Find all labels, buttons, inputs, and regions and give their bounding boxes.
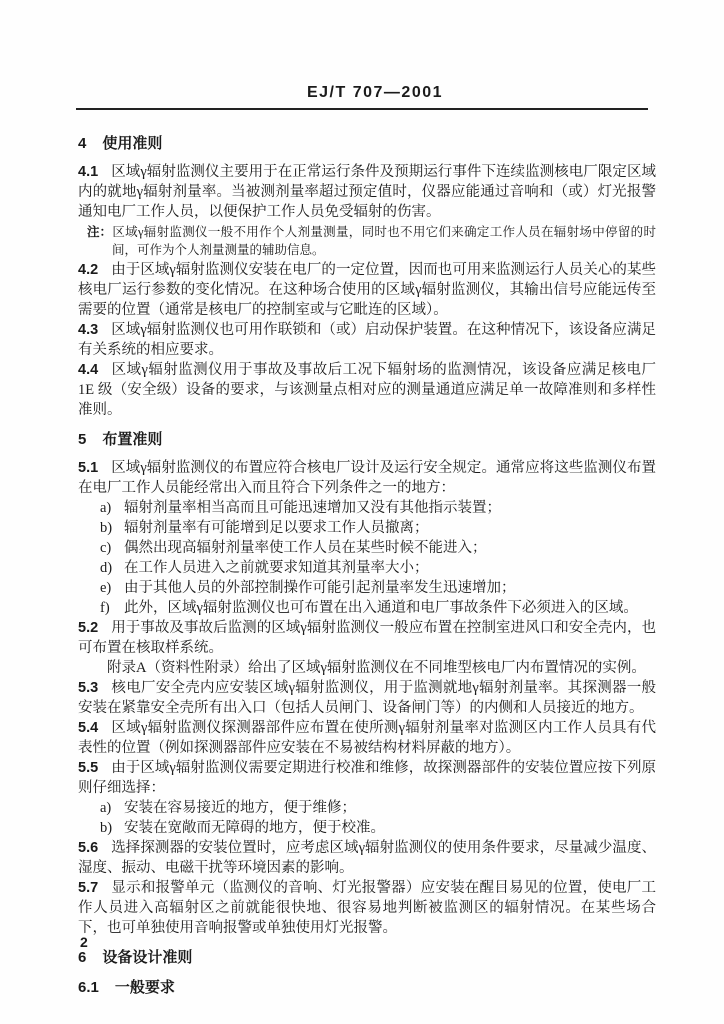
document-body: 4使用准则 4.1区域γ辐射监测仪主要用于在正常运行条件及预期运行事件下连续监测… — [78, 124, 656, 1006]
list-item-5-1-b: b)辐射剂量率有可能增到足以要求工作人员撤离； — [100, 518, 656, 538]
standard-code-header: EJ/T 707—2001 — [0, 84, 724, 102]
clause-text: 区域γ辐射监测仪也可用作联锁和（或）启动保护装置。在这种情况下，该设备应满足有关… — [78, 322, 656, 358]
list-item-text: 在工作人员进入之前就要求知道其剂量率大小； — [124, 560, 429, 576]
subsection-number: 6.1 — [78, 979, 99, 996]
list-item-5-5-a: a)安装在容易接近的地方，便于维修； — [100, 798, 656, 818]
section-heading-4: 4使用准则 — [78, 134, 656, 154]
section-heading-6: 6设备设计准则 — [78, 948, 656, 968]
list-item-5-1-e: e)由于其他人员的外部控制操作可能引起剂量率发生迅速增加； — [100, 578, 656, 598]
list-item-label: b) — [100, 818, 124, 838]
section-title: 使用准则 — [102, 135, 162, 152]
list-item-text: 偶然出现高辐射剂量率使工作人员在某些时候不能进入； — [124, 540, 487, 556]
list-item-text: 此外，区域γ辐射监测仪也可布置在出入通道和电厂事故条件下必须进入的区域。 — [124, 600, 638, 616]
list-item-5-1-d: d)在工作人员进入之前就要求知道其剂量率大小； — [100, 558, 656, 578]
document-page: EJ/T 707—2001 4使用准则 4.1区域γ辐射监测仪主要用于在正常运行… — [0, 0, 724, 1024]
clause-4-1: 4.1区域γ辐射监测仪主要用于在正常运行条件及预期运行事件下连续监测核电厂限定区… — [78, 162, 656, 222]
list-item-label: c) — [100, 538, 124, 558]
note-4-1: 注：区域γ辐射监测仪一般不用作个人剂量测量，同时也不用它们来确定工作人员在辐射场… — [78, 223, 656, 259]
note-text: 区域γ辐射监测仪一般不用作个人剂量测量，同时也不用它们来确定工作人员在辐射场中停… — [112, 225, 656, 257]
clause-5-3: 5.3核电厂安全壳内应安装区域γ辐射监测仪，用于监测就地γ辐射剂量率。其探测器一… — [78, 678, 656, 718]
list-item-label: a) — [100, 498, 124, 518]
clause-text: 由于区域γ辐射监测仪需要定期进行校准和维修，故探测器部件的安装位置应按下列原则仔… — [78, 760, 656, 796]
list-item-5-5-b: b)安装在宽敞而无障碍的地方，便于校准。 — [100, 818, 656, 838]
list-item-5-1-f: f)此外，区域γ辐射监测仪也可布置在出入通道和电厂事故条件下必须进入的区域。 — [100, 598, 656, 618]
section-number: 4 — [78, 135, 86, 152]
clause-text: 区域γ辐射监测仪主要用于在正常运行条件及预期运行事件下连续监测核电厂限定区域内的… — [78, 164, 656, 220]
list-item-text: 安装在宽敞而无障碍的地方，便于校准。 — [124, 820, 385, 836]
section-number: 5 — [78, 431, 86, 448]
clause-text: 选择探测器的安装位置时，应考虑区域γ辐射监测仪的使用条件要求，尽量减少温度、湿度… — [78, 840, 656, 876]
list-item-text: 辐射剂量率有可能增到足以要求工作人员撤离； — [124, 520, 429, 536]
clause-4-2: 4.2由于区域γ辐射监测仪安装在电厂的一定位置，因而也可用来监测运行人员关心的某… — [78, 260, 656, 320]
list-item-label: b) — [100, 518, 124, 538]
header-rule — [76, 108, 648, 110]
list-item-label: f) — [100, 598, 124, 618]
section-title: 设备设计准则 — [102, 949, 192, 966]
clause-number: 5.7 — [78, 880, 98, 896]
list-item-text: 安装在容易接近的地方，便于维修； — [124, 800, 356, 816]
clause-number: 5.6 — [78, 840, 98, 856]
list-item-text: 辐射剂量率相当高而且可能迅速增加又没有其他指示装置； — [124, 500, 501, 516]
clause-number: 4.2 — [78, 262, 98, 278]
appendix-reference-paragraph: 附录A（资料性附录）给出了区域γ辐射监测仪在不同堆型核电厂内布置情况的实例。 — [78, 658, 656, 678]
clause-number: 4.3 — [78, 322, 98, 338]
clause-text: 区域γ辐射监测仪探测器部件应布置在使所测γ辐射剂量率对监测区内工作人员具有代表性… — [78, 720, 656, 756]
clause-5-5: 5.5由于区域γ辐射监测仪需要定期进行校准和维修，故探测器部件的安装位置应按下列… — [78, 758, 656, 798]
section-heading-5: 5布置准则 — [78, 430, 656, 450]
clause-4-4: 4.4区域γ辐射监测仪用于事故及事故后工况下辐射场的监测情况，该设备应满足核电厂… — [78, 360, 656, 420]
clause-number: 5.5 — [78, 760, 98, 776]
clause-4-3: 4.3区域γ辐射监测仪也可用作联锁和（或）启动保护装置。在这种情况下，该设备应满… — [78, 320, 656, 360]
clause-text: 区域γ辐射监测仪用于事故及事故后工况下辐射场的监测情况，该设备应满足核电厂 1E… — [78, 362, 656, 418]
note-label: 注： — [87, 223, 112, 241]
list-item-text: 由于其他人员的外部控制操作可能引起剂量率发生迅速增加； — [124, 580, 516, 596]
clause-text: 显示和报警单元（监测仪的音响、灯光报警器）应安装在醒目易见的位置，使电厂工作人员… — [78, 880, 656, 936]
clause-number: 5.3 — [78, 680, 98, 696]
clause-number: 4.4 — [78, 362, 98, 378]
list-item-5-1-a: a)辐射剂量率相当高而且可能迅速增加又没有其他指示装置； — [100, 498, 656, 518]
clause-text: 核电厂安全壳内应安装区域γ辐射监测仪，用于监测就地γ辐射剂量率。其探测器一般安装… — [78, 680, 656, 716]
clause-5-1: 5.1区域γ辐射监测仪的布置应符合核电厂设计及运行安全规定。通常应将这些监测仪布… — [78, 458, 656, 498]
list-item-label: a) — [100, 798, 124, 818]
subsection-title: 一般要求 — [115, 979, 175, 996]
list-item-label: d) — [100, 558, 124, 578]
clause-5-7: 5.7显示和报警单元（监测仪的音响、灯光报警器）应安装在醒目易见的位置，使电厂工… — [78, 878, 656, 938]
clause-number: 5.1 — [78, 460, 98, 476]
list-item-label: e) — [100, 578, 124, 598]
clause-text: 由于区域γ辐射监测仪安装在电厂的一定位置，因而也可用来监测运行人员关心的某些核电… — [78, 262, 656, 318]
clause-text: 用于事故及事故后监测的区域γ辐射监测仪一般应布置在控制室进风口和安全壳内，也可布… — [78, 620, 656, 656]
clause-text: 区域γ辐射监测仪的布置应符合核电厂设计及运行安全规定。通常应将这些监测仪布置在电… — [78, 460, 656, 496]
clause-5-4: 5.4区域γ辐射监测仪探测器部件应布置在使所测γ辐射剂量率对监测区内工作人员具有… — [78, 718, 656, 758]
clause-5-6: 5.6选择探测器的安装位置时，应考虑区域γ辐射监测仪的使用条件要求，尽量减少温度… — [78, 838, 656, 878]
clause-number: 4.1 — [78, 164, 98, 180]
list-item-5-1-c: c)偶然出现高辐射剂量率使工作人员在某些时候不能进入； — [100, 538, 656, 558]
subsection-heading-6-1: 6.1一般要求 — [78, 978, 656, 998]
page-number: 2 — [80, 934, 88, 950]
clause-number: 5.4 — [78, 720, 98, 736]
clause-5-2: 5.2用于事故及事故后监测的区域γ辐射监测仪一般应布置在控制室进风口和安全壳内，… — [78, 618, 656, 658]
section-number: 6 — [78, 949, 86, 966]
clause-number: 5.2 — [78, 620, 98, 636]
section-title: 布置准则 — [102, 431, 162, 448]
